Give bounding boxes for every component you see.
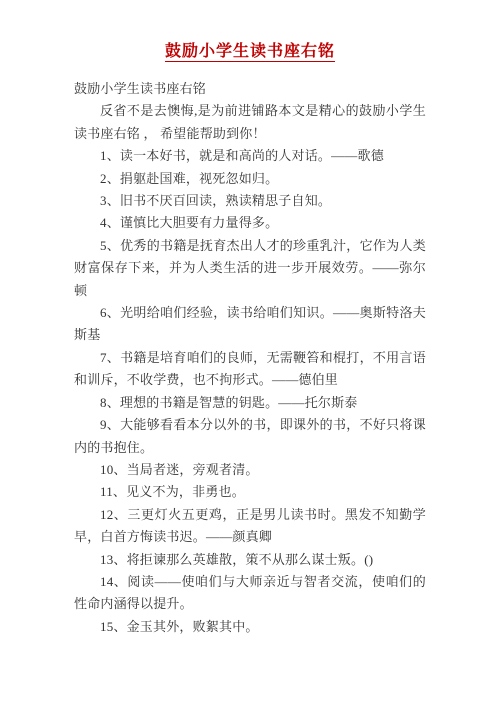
motto-item: 9、大能够看看本分以外的书，即课外的书，不好只将课内的书抱住。 [74,414,426,459]
motto-item: 11、见义不为，非勇也。 [74,481,426,503]
motto-item: 5、优秀的书籍是抚育杰出人才的珍重乳汁，它作为人类财富保存下来，并为人类生活的进… [74,235,426,302]
document-page: 鼓励小学生读书座右铭 鼓励小学生读书座右铭 反省不是去懊悔,是为前进铺路本文是精… [0,0,500,707]
motto-item: 15、金玉其外，败絮其中。 [74,616,426,638]
motto-item: 8、理想的书籍是智慧的钥匙。——托尔斯泰 [74,392,426,414]
motto-item: 7、书籍是培育咱们的良师，无需鞭笞和棍打，不用言语和训斥，不收学费，也不拘形式。… [74,347,426,392]
motto-item: 4、谨慎比大胆要有力量得多。 [74,212,426,234]
motto-item: 3、旧书不厌百回读，熟读精思子自知。 [74,190,426,212]
motto-list: 1、读一本好书，就是和高尚的人对话。——歌德2、捐躯赴国难，视死忽如归。3、旧书… [74,145,426,638]
motto-item: 1、读一本好书，就是和高尚的人对话。——歌德 [74,145,426,167]
subtitle: 鼓励小学生读书座右铭 [74,78,426,100]
motto-item: 6、光明给咱们经验，读书给咱们知识。——奥斯特洛夫斯基 [74,302,426,347]
motto-item: 14、阅读——使咱们与大师亲近与智者交流，使咱们的性命内涵得以提升。 [74,571,426,616]
motto-item: 2、捐躯赴国难，视死忽如归。 [74,168,426,190]
motto-item: 13、将拒谏那么英雄散，策不从那么谋士叛。() [74,549,426,571]
page-title-text: 鼓励小学生读书座右铭 [165,43,335,62]
document-body: 鼓励小学生读书座右铭 反省不是去懊悔,是为前进铺路本文是精心的鼓励小学生读书座右… [74,78,426,638]
intro-paragraph: 反省不是去懊悔,是为前进铺路本文是精心的鼓励小学生读书座右铭 ， 希望能帮助到你… [74,100,426,145]
motto-item: 10、当局者迷，旁观者清。 [74,459,426,481]
page-title: 鼓励小学生读书座右铭 [74,40,426,64]
motto-item: 12、三更灯火五更鸡，正是男儿读书时。黑发不知勤学早，白首方悔读书迟。——颜真卿 [74,504,426,549]
